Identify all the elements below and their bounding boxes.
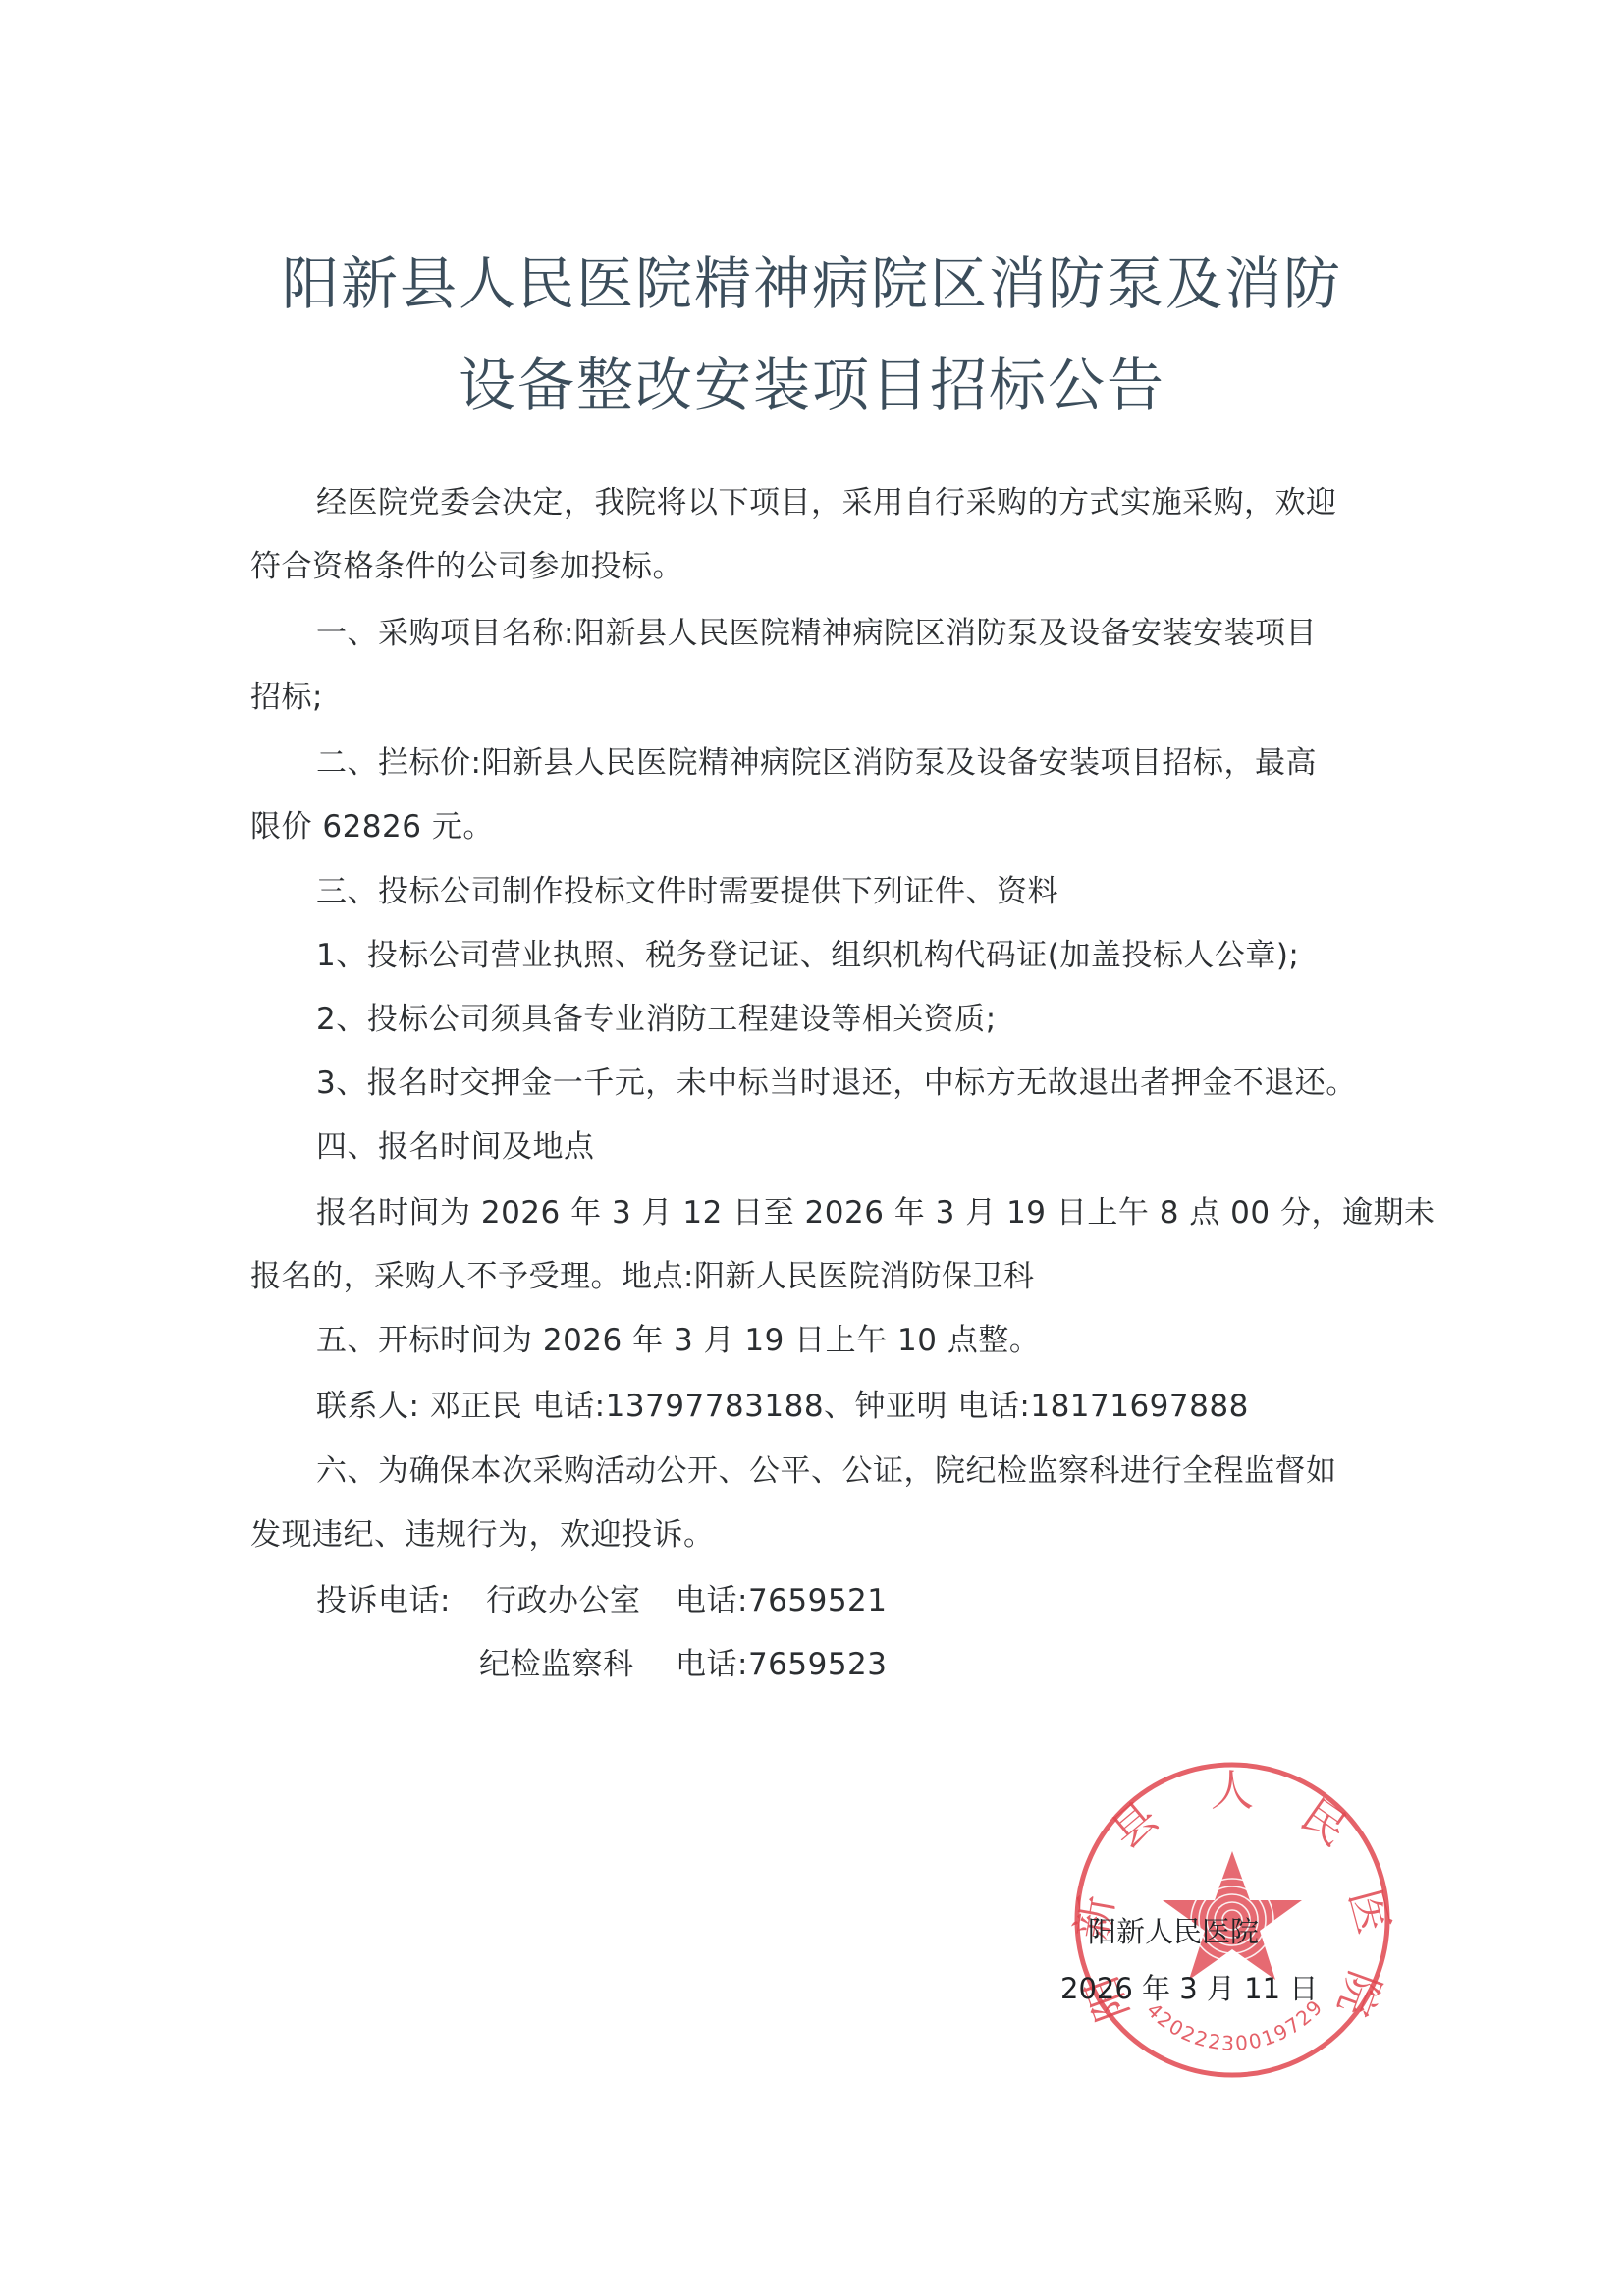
complaint-phone: 电话:7659521 xyxy=(676,1581,888,1620)
signature-organization: 阳新人民医院 xyxy=(1088,1910,1259,1950)
contact-info: 联系人: 邓正民 电话:13797783188、钟亚明 电话:181716978… xyxy=(316,1387,1249,1426)
complaint-dept: 行政办公室 xyxy=(486,1581,641,1620)
section-6-line-1: 六、为确保本次采购活动公开、公平、公证，院纪检监察科进行全程监督如 xyxy=(316,1451,1337,1491)
section-4-heading: 四、报名时间及地点 xyxy=(316,1127,595,1167)
section-2-line-1: 二、拦标价:阳新县人民医院精神病院区消防泵及设备安装项目招标，最高 xyxy=(316,743,1317,783)
complaint-label: 投诉电话: xyxy=(316,1581,451,1620)
section-4-line-2: 报名的，采购人不予受理。地点:阳新人民医院消防保卫科 xyxy=(250,1257,1034,1296)
signature-date: 2026 年 3 月 11 日 xyxy=(1060,1967,1318,2007)
document-page: 阳新县人民医院精神病院区消防泵及消防 设备整改安装项目招标公告 经医院党委会决定… xyxy=(0,0,1624,2296)
complaint-dept: 纪检监察科 xyxy=(479,1645,634,1684)
section-1-line-1: 一、采购项目名称:阳新县人民医院精神病院区消防泵及设备安装安装项目 xyxy=(316,614,1317,653)
section-3-heading: 三、投标公司制作投标文件时需要提供下列证件、资料 xyxy=(316,872,1058,911)
svg-text:县: 县 xyxy=(1102,1792,1166,1858)
svg-text:人: 人 xyxy=(1211,1766,1254,1816)
intro-paragraph-line-1: 经医院党委会决定，我院将以下项目，采用自行采购的方式实施采购，欢迎 xyxy=(316,483,1337,522)
section-1-line-2: 招标; xyxy=(250,678,323,717)
requirement-item: 3、报名时交押金一千元，未中标当时退还，中标方无故退出者押金不退还。 xyxy=(316,1064,1357,1103)
document-title-line-2: 设备整改安装项目招标公告 xyxy=(0,339,1624,421)
section-5: 五、开标时间为 2026 年 3 月 19 日上午 10 点整。 xyxy=(316,1321,1040,1360)
section-4-line-1: 报名时间为 2026 年 3 月 12 日至 2026 年 3 月 19 日上午… xyxy=(316,1193,1435,1232)
requirement-item: 2、投标公司须具备专业消防工程建设等相关资质; xyxy=(316,1000,997,1039)
intro-paragraph-line-2: 符合资格条件的公司参加投标。 xyxy=(250,547,683,586)
svg-text:民: 民 xyxy=(1292,1790,1356,1856)
section-2-line-2: 限价 62826 元。 xyxy=(250,807,494,847)
document-title-line-1: 阳新县人民医院精神病院区消防泵及消防 xyxy=(0,238,1624,320)
requirement-item: 1、投标公司营业执照、税务登记证、组织机构代码证(加盖投标人公章); xyxy=(316,936,1299,975)
section-6-line-2: 发现违纪、违规行为，欢迎投诉。 xyxy=(250,1515,715,1555)
complaint-phone: 电话:7659523 xyxy=(676,1645,888,1684)
